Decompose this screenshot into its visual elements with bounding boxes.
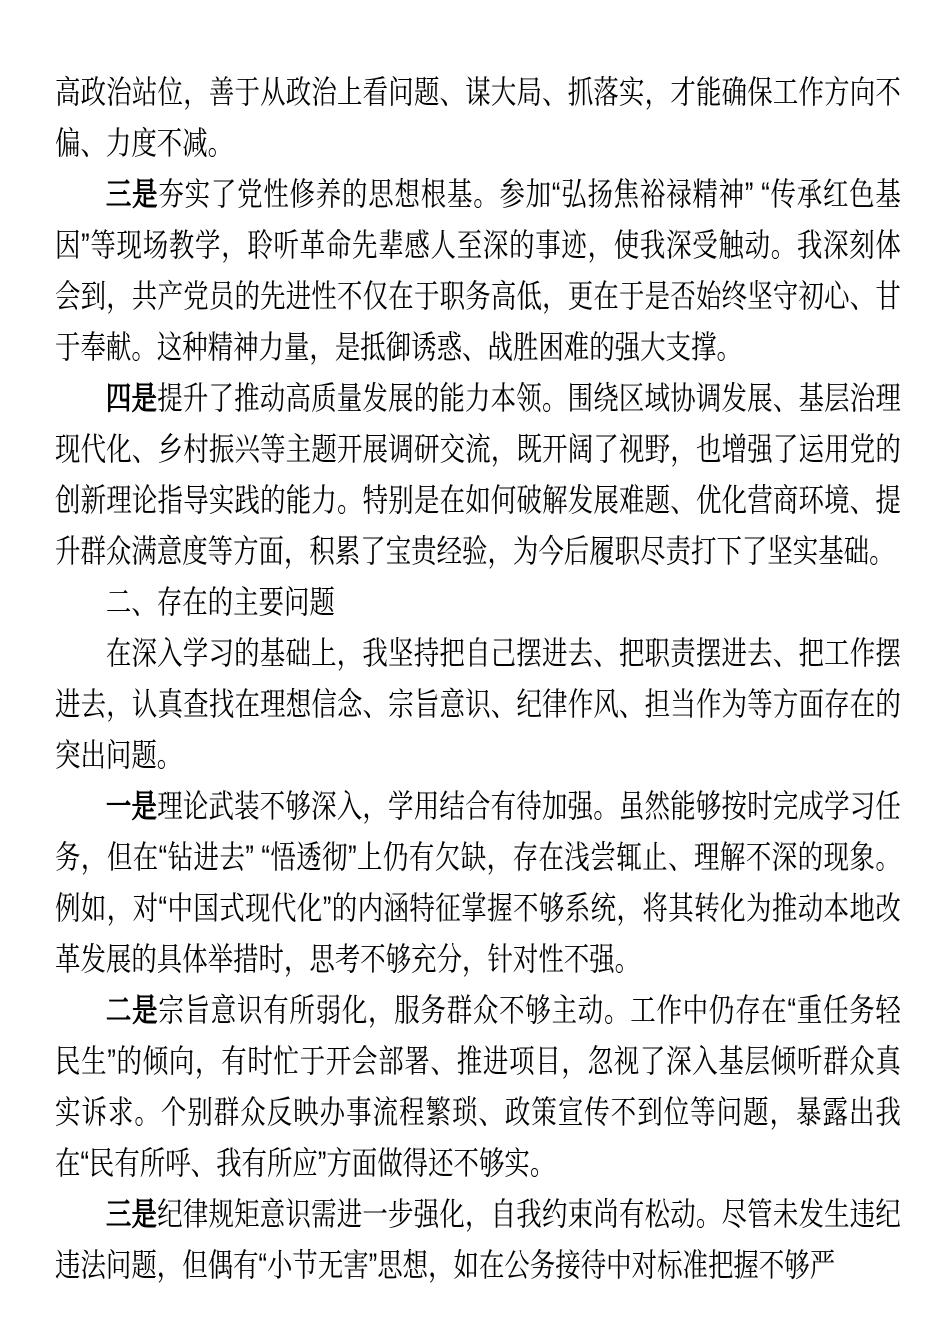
paragraph-intro-problems: 在深入学习的基础上，我坚持把自己摆进去、把职责摆进去、把工作摆进去，认真查找在理… xyxy=(55,628,901,781)
lead-in-run: 四是 xyxy=(106,380,157,416)
paragraph-achievement-4: 四是提升了推动高质量发展的能力本领。围绕区域协调发展、基层治理现代化、乡村振兴等… xyxy=(55,373,901,577)
text-run: 理论武装不够深入，学用结合有待加强。虽然能够按时完成学习任务，但在“钻进去” “… xyxy=(55,788,901,977)
paragraph-continuation: 高政治站位，善于从政治上看问题、谋大局、抓落实，才能确保工作方向不偏、力度不减。 xyxy=(55,67,901,169)
lead-in-run: 一是 xyxy=(106,788,157,824)
document-page: 高政治站位，善于从政治上看问题、谋大局、抓落实，才能确保工作方向不偏、力度不减。… xyxy=(0,0,950,1344)
heading-text: 二、存在的主要问题 xyxy=(106,584,335,620)
paragraph-problem-1: 一是理论武装不够深入，学用结合有待加强。虽然能够按时完成学习任务，但在“钻进去”… xyxy=(55,781,901,985)
paragraph-achievement-3: 三是夯实了党性修养的思想根基。参加“弘扬焦裕禄精神” “传承红色基因”等现场教学… xyxy=(55,169,901,373)
text-run: 高政治站位，善于从政治上看问题、谋大局、抓落实，才能确保工作方向不偏、力度不减。 xyxy=(55,74,901,161)
lead-in-run: 三是 xyxy=(106,176,158,212)
text-run: 夯实了党性修养的思想根基。参加“弘扬焦裕禄精神” “传承红色基因”等现场教学，聆… xyxy=(55,176,901,365)
paragraph-problem-2: 二是宗旨意识有所弱化，服务群众不够主动。工作中仍存在“重任务轻民生”的倾向，有时… xyxy=(55,985,901,1189)
text-run: 在深入学习的基础上，我坚持把自己摆进去、把职责摆进去、把工作摆进去，认真查找在理… xyxy=(55,635,901,773)
text-run: 纪律规矩意识需进一步强化，自我约束尚有松动。尽管未发生违纪违法问题，但偶有“小节… xyxy=(55,1196,901,1283)
text-run: 提升了推动高质量发展的能力本领。围绕区域协调发展、基层治理现代化、乡村振兴等主题… xyxy=(55,380,901,569)
text-run: 宗旨意识有所弱化，服务群众不够主动。工作中仍存在“重任务轻民生”的倾向，有时忙于… xyxy=(55,992,901,1181)
lead-in-run: 二是 xyxy=(106,992,158,1028)
paragraph-problem-3: 三是纪律规矩意识需进一步强化，自我约束尚有松动。尽管未发生违纪违法问题，但偶有“… xyxy=(55,1189,901,1291)
lead-in-run: 三是 xyxy=(106,1196,157,1232)
document-body: 高政治站位，善于从政治上看问题、谋大局、抓落实，才能确保工作方向不偏、力度不减。… xyxy=(55,67,901,1291)
section-heading-2: 二、存在的主要问题 xyxy=(55,577,901,628)
